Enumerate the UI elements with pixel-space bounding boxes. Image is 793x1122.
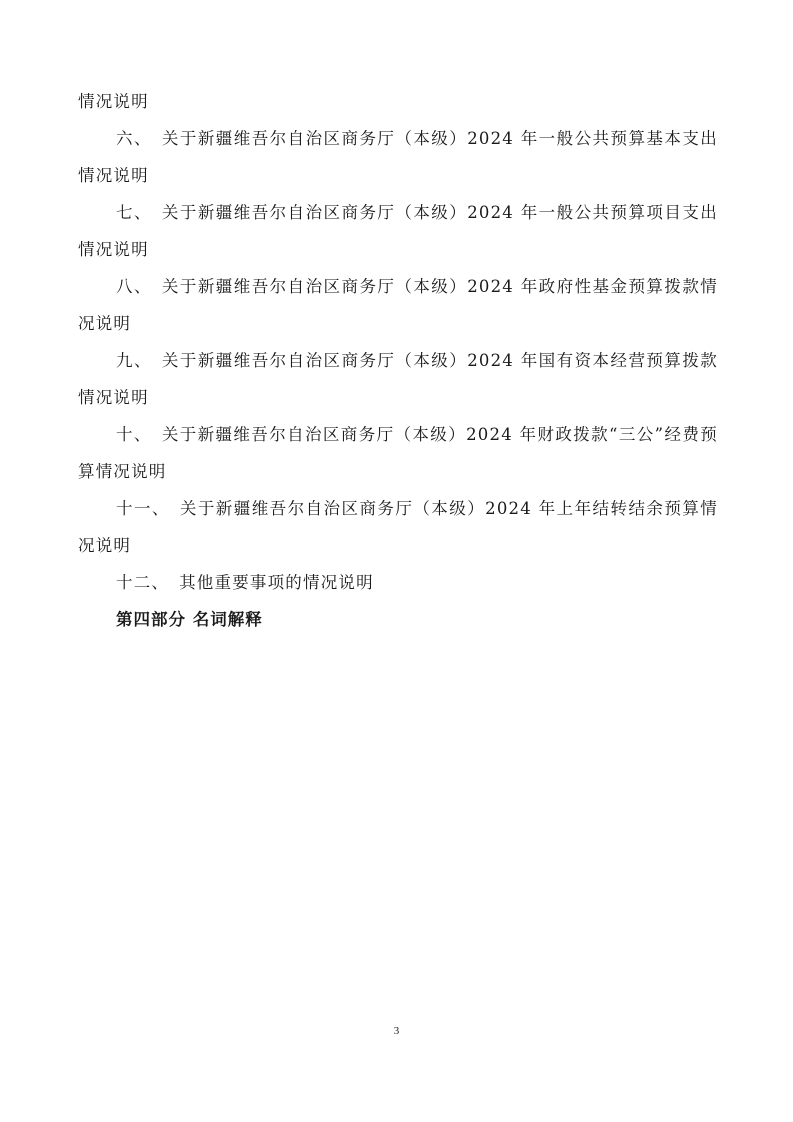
- toc-item-9: 九、关于新疆维吾尔自治区商务厅（本级）2024 年国有资本经营预算拨款情况说明: [78, 342, 718, 416]
- toc-item-text: 关于新疆维吾尔自治区商务厅（本级）2024 年上年结转结余预算情况说明: [78, 499, 718, 555]
- toc-item-text: 关于新疆维吾尔自治区商务厅（本级）2024 年一般公共预算基本支出情况说明: [78, 129, 718, 185]
- toc-item-text: 关于新疆维吾尔自治区商务厅（本级）2024 年财政拨款“三公”经费预算情况说明: [78, 425, 718, 481]
- table-of-contents: 情况说明 六、关于新疆维吾尔自治区商务厅（本级）2024 年一般公共预算基本支出…: [78, 83, 718, 638]
- continuation-line: 情况说明: [78, 83, 718, 120]
- toc-item-11: 十一、关于新疆维吾尔自治区商务厅（本级）2024 年上年结转结余预算情况说明: [78, 490, 718, 564]
- toc-item-text: 关于新疆维吾尔自治区商务厅（本级）2024 年国有资本经营预算拨款情况说明: [78, 351, 718, 407]
- toc-item-label: 九、: [116, 351, 152, 370]
- toc-item-label: 六、: [116, 129, 152, 148]
- toc-item-label: 十、: [116, 425, 152, 444]
- toc-item-8: 八、关于新疆维吾尔自治区商务厅（本级）2024 年政府性基金预算拨款情况说明: [78, 268, 718, 342]
- toc-item-text: 关于新疆维吾尔自治区商务厅（本级）2024 年一般公共预算项目支出情况说明: [78, 203, 718, 259]
- toc-item-label: 七、: [116, 203, 152, 222]
- toc-item-label: 十二、: [116, 573, 169, 592]
- page-number: 3: [0, 1025, 793, 1037]
- toc-item-text: 其他重要事项的情况说明: [179, 573, 374, 592]
- toc-item-text: 关于新疆维吾尔自治区商务厅（本级）2024 年政府性基金预算拨款情况说明: [78, 277, 718, 333]
- toc-item-10: 十、关于新疆维吾尔自治区商务厅（本级）2024 年财政拨款“三公”经费预算情况说…: [78, 416, 718, 490]
- toc-item-7: 七、关于新疆维吾尔自治区商务厅（本级）2024 年一般公共预算项目支出情况说明: [78, 194, 718, 268]
- toc-item-6: 六、关于新疆维吾尔自治区商务厅（本级）2024 年一般公共预算基本支出情况说明: [78, 120, 718, 194]
- section-heading: 第四部分 名词解释: [78, 601, 718, 638]
- toc-item-label: 十一、: [116, 499, 170, 518]
- document-page: 情况说明 六、关于新疆维吾尔自治区商务厅（本级）2024 年一般公共预算基本支出…: [0, 0, 793, 1122]
- toc-item-12: 十二、其他重要事项的情况说明: [78, 564, 718, 601]
- toc-item-label: 八、: [116, 277, 152, 296]
